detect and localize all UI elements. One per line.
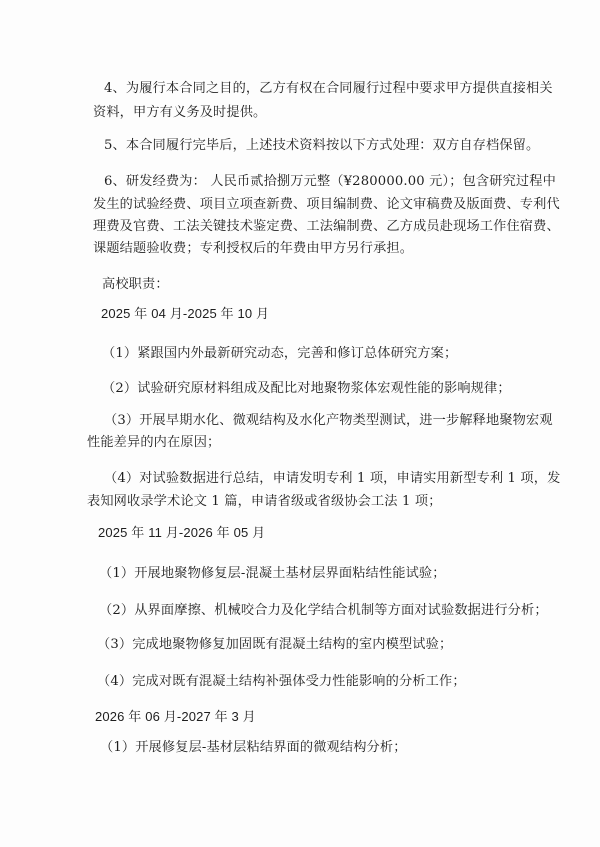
clause-6-line-1: 6、研发经费为： 人民币贰拾捌万元整（¥280000.00 元）；包含研究过程中 (104, 173, 556, 190)
clause-4-line-2: 资料，甲方有义务及时提供。 (93, 104, 266, 121)
phase-1-item-4-line-1: （4）对试验数据进行总结，申请发明专利 1 项，申请实用新型专利 1 项，发 (104, 470, 560, 487)
phase-3-period: 2026 年 06 月-2027 年 3 月 (95, 708, 256, 725)
phase-2-item-1: （1）开展地聚物修复层-混凝土基材层界面粘结性能试验； (99, 565, 446, 582)
clause-6-line-3: 理费及官费、工法关键技术鉴定费、工法编制费、乙方成员赴现场工作住宿费、 (93, 218, 560, 235)
clause-5-line-1: 5、本合同履行完毕后，上述技术资料按以下方式处理：双方自存档保留。 (104, 137, 539, 154)
phase-2-period: 2025 年 11 月-2026 年 05 月 (98, 524, 265, 541)
phase-2-item-2: （2）从界面摩擦、机械咬合力及化学结合机制等方面对试验数据进行分析； (99, 602, 548, 619)
section-heading: 高校职责： (102, 276, 169, 293)
phase-1-item-3-line-1: （3）开展早期水化、微观结构及水化产物类型测试，进一步解释地聚物宏观 (104, 412, 553, 429)
phase-1-period: 2025 年 04 月-2025 年 10 月 (101, 305, 269, 322)
phase-2-item-4: （4）完成对既有混凝土结构补强体受力性能影响的分析工作； (97, 673, 466, 690)
phase-1-item-3-line-2: 性能差异的内在原因； (87, 434, 220, 451)
clause-6-line-2: 发生的试验经费、项目立项查新费、项目编制费、论文审稿费及版面费、专利代 (93, 196, 560, 213)
clause-4-line-1: 4、为履行本合同之目的，乙方有权在合同履行过程中要求甲方提供直接相关 (104, 80, 553, 97)
clause-6-line-4: 课题结题验收费；专利授权后的年费由甲方另行承担。 (93, 240, 413, 257)
phase-1-item-2: （2）试验研究原材料组成及配比对地聚物浆体宏观性能的影响规律； (102, 380, 511, 397)
document-page: 4、为履行本合同之目的，乙方有权在合同履行过程中要求甲方提供直接相关 资料，甲方… (0, 0, 600, 847)
phase-2-item-3: （3）完成地聚物修复加固既有混凝土结构的室内模型试验； (97, 636, 452, 653)
phase-1-item-1: （1）紧跟国内外最新研究动态，完善和修订总体研究方案； (102, 345, 457, 362)
phase-1-item-4-line-2: 表知网收录学术论文 1 篇，申请省级或省级协会工法 1 项； (87, 493, 442, 510)
phase-3-item-1: （1）开展修复层-基材层粘结界面的微观结构分析； (100, 739, 407, 756)
